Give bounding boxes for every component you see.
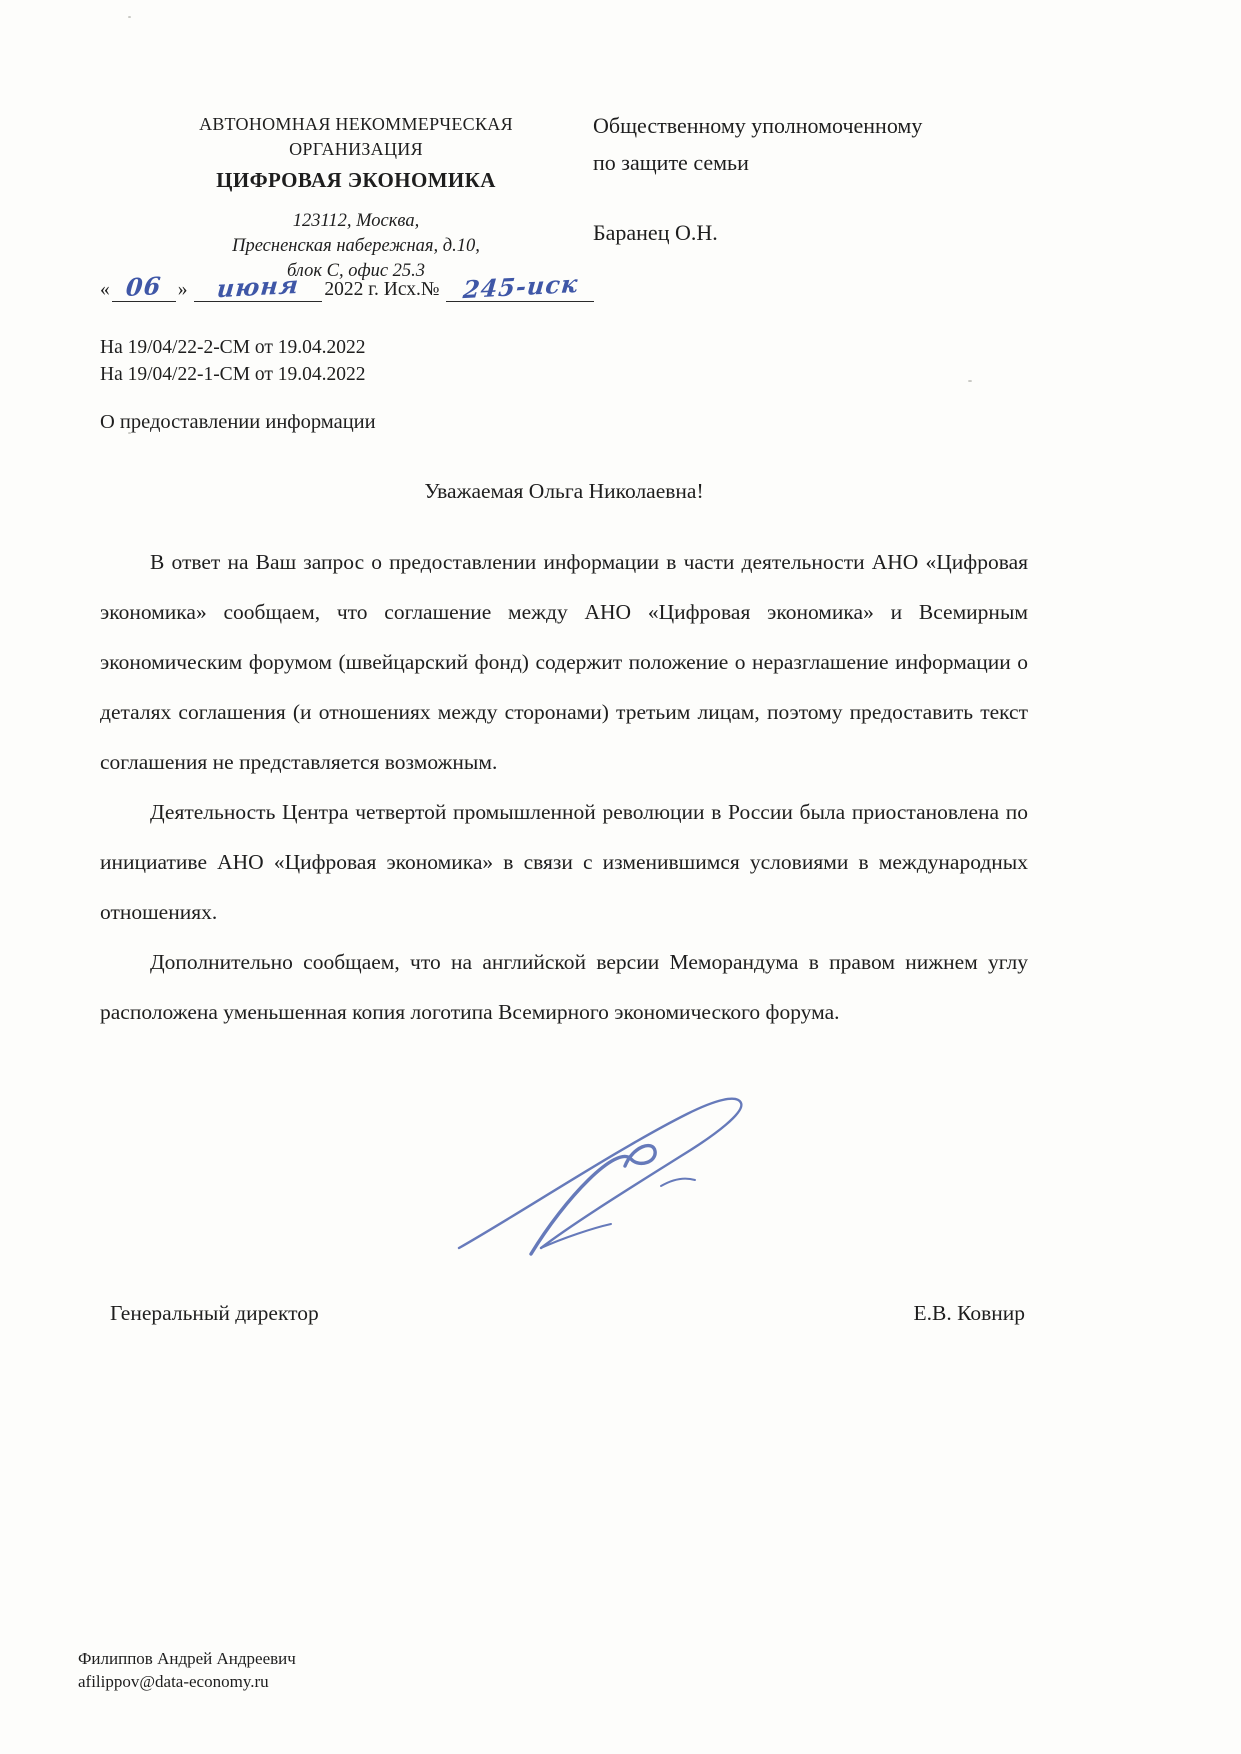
signature-row: Генеральный директор Е.В. Ковнир: [110, 1301, 1025, 1326]
handwritten-day: 06: [125, 271, 163, 302]
date-day-slot: 06: [112, 272, 176, 302]
subject-line: О предоставлении информации: [100, 411, 376, 434]
sender-org-name: ЦИФРОВАЯ ЭКОНОМИКА: [150, 167, 562, 194]
letter-body: В ответ на Ваш запрос о предоставлении и…: [100, 537, 1028, 1037]
recipient-name: Баранец О.Н.: [593, 214, 1023, 251]
letter-page: АВТОНОМНАЯ НЕКОММЕРЧЕСКАЯ ОРГАНИЗАЦИЯ ЦИ…: [0, 0, 1241, 1754]
date-line: «06» июня2022 г. Исх.№ 245-иск: [100, 272, 620, 302]
sender-org-line1: АВТОНОМНАЯ НЕКОММЕРЧЕСКАЯ: [150, 112, 562, 137]
recipient-line1: Общественному уполномоченному: [593, 107, 1023, 144]
sender-address-line1: 123112, Москва,: [150, 209, 562, 234]
body-paragraph-1: В ответ на Ваш запрос о предоставлении и…: [100, 537, 1028, 787]
date-close-quote: »: [178, 279, 188, 300]
sender-org-line2: ОРГАНИЗАЦИЯ: [150, 137, 562, 162]
recipient-line2: по защите семьи: [593, 144, 1023, 181]
body-paragraph-3: Дополнительно сообщаем, что на английско…: [100, 937, 1028, 1037]
sender-address-line2: Пресненская набережная, д.10,: [150, 234, 562, 259]
date-year-label: 2022 г. Исх.№: [324, 279, 439, 300]
scan-speck: [128, 16, 131, 18]
handwritten-signature: [443, 1088, 773, 1263]
signer-name: Е.В. Ковнир: [913, 1301, 1025, 1326]
reference-line-2: На 19/04/22-1-СМ от 19.04.2022: [100, 362, 366, 389]
date-month-slot: июня: [194, 272, 322, 302]
scan-speck: [968, 380, 972, 382]
scan-speck: [128, 432, 131, 434]
signer-title: Генеральный директор: [110, 1301, 319, 1326]
date-open-quote: «: [100, 279, 110, 300]
executor-email: afilippov@data-economy.ru: [78, 1670, 296, 1693]
reference-lines: На 19/04/22-2-СМ от 19.04.2022 На 19/04/…: [100, 335, 366, 388]
sender-block: АВТОНОМНАЯ НЕКОММЕРЧЕСКАЯ ОРГАНИЗАЦИЯ ЦИ…: [150, 112, 562, 284]
handwritten-outgoing-number: 245-иск: [462, 269, 580, 304]
outgoing-number-slot: 245-иск: [446, 272, 594, 302]
executor-name: Филиппов Андрей Андреевич: [78, 1647, 296, 1670]
handwritten-month: июня: [216, 270, 301, 303]
recipient-block: Общественному уполномоченному по защите …: [593, 107, 1023, 251]
executor-contact: Филиппов Андрей Андреевич afilippov@data…: [78, 1647, 296, 1693]
salutation: Уважаемая Ольга Николаевна!: [100, 479, 1028, 504]
body-paragraph-2: Деятельность Центра четвертой промышленн…: [100, 787, 1028, 937]
reference-line-1: На 19/04/22-2-СМ от 19.04.2022: [100, 335, 366, 362]
